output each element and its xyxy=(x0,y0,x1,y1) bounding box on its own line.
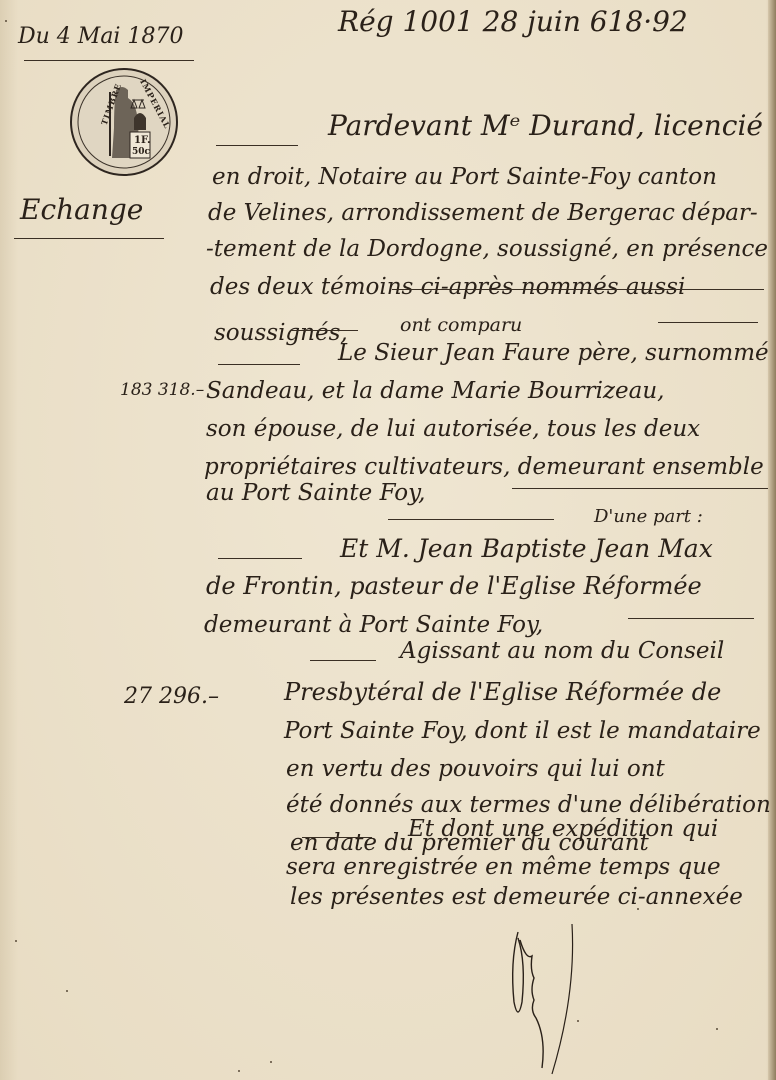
text-line-16: demeurant à Port Sainte Foy, xyxy=(204,614,543,637)
rule xyxy=(388,519,554,520)
text-line-13: D'une part : xyxy=(594,508,703,526)
rule xyxy=(218,558,302,559)
rule xyxy=(392,289,764,290)
margin-title-echange: Echange xyxy=(20,196,143,224)
rule xyxy=(290,330,358,331)
text-line-25: les présentes est demeurée ci-annexée xyxy=(290,886,743,909)
text-line-23: Et dont une expédition qui xyxy=(408,818,718,841)
registration-header: Rég 1001 28 juin 618·92 xyxy=(338,8,688,36)
text-line-10: son épouse, de lui autorisée, tous les d… xyxy=(206,418,700,441)
page-edge xyxy=(768,0,776,1080)
paper-speck xyxy=(270,1061,272,1063)
imperial-stamp: TIMBRE IMPERIAL 1F. 50c xyxy=(70,68,178,176)
text-line-11: propriétaires cultivateurs, demeurant en… xyxy=(204,456,764,479)
text-line-8: Le Sieur Jean Faure père, surnommé xyxy=(338,342,769,365)
margin-amount-1: 183 318.– xyxy=(120,382,204,399)
text-line-1: Pardevant Mᵉ Durand, licencié xyxy=(328,112,763,140)
text-line-7: ont comparu xyxy=(400,316,522,335)
paper-speck xyxy=(66,990,68,992)
text-line-12: au Port Sainte Foy, xyxy=(206,482,425,505)
rule xyxy=(216,145,298,146)
rule xyxy=(302,837,372,838)
text-line-20: en vertu des pouvoirs qui lui ont xyxy=(286,758,665,781)
rule xyxy=(218,364,300,365)
paper-speck xyxy=(238,1070,240,1072)
text-line-21: été donnés aux termes d'une délibération xyxy=(286,794,771,817)
text-line-3: de Velines, arrondissement de Bergerac d… xyxy=(208,202,758,225)
rule xyxy=(310,660,376,661)
rule xyxy=(628,618,754,619)
text-line-5: des deux témoins ci-après nommés aussi xyxy=(210,276,685,299)
text-line-24: sera enregistrée en même temps que xyxy=(286,856,721,879)
stamp-value-cents: 50c xyxy=(132,148,150,157)
paraphe-signature-icon xyxy=(500,920,590,1080)
rule xyxy=(512,488,768,489)
paper-speck xyxy=(577,1020,579,1022)
text-line-14: Et M. Jean Baptiste Jean Max xyxy=(340,536,713,561)
text-line-6: soussignés, xyxy=(214,322,348,345)
notarial-document-page: Du 4 Mai 1870 Rég 1001 28 juin 618·92 TI… xyxy=(0,0,776,1080)
text-line-17: Agissant au nom du Conseil xyxy=(400,640,724,663)
date-underline xyxy=(24,60,194,61)
text-line-18: Presbytéral de l'Eglise Réformée de xyxy=(284,680,721,704)
text-line-19: Port Sainte Foy, dont il est le mandatai… xyxy=(284,720,761,743)
text-line-15: de Frontin, pasteur de l'Eglise Réformée xyxy=(206,574,702,598)
text-line-9: Sandeau, et la dame Marie Bourrizeau, xyxy=(206,380,664,403)
text-line-2: en droit, Notaire au Port Sainte-Foy can… xyxy=(212,166,717,189)
paper-speck xyxy=(5,20,7,22)
stamp-value-francs: 1F. xyxy=(134,136,151,146)
text-line-4: -tement de la Dordogne, soussigné, en pr… xyxy=(206,238,768,261)
paper-speck xyxy=(15,940,17,942)
margin-date: Du 4 Mai 1870 xyxy=(18,26,183,48)
rule xyxy=(658,322,758,323)
margin-amount-2: 27 296.– xyxy=(124,686,219,708)
margin-title-underline xyxy=(14,238,164,239)
paper-speck xyxy=(716,1028,718,1030)
paper-speck xyxy=(637,908,639,910)
